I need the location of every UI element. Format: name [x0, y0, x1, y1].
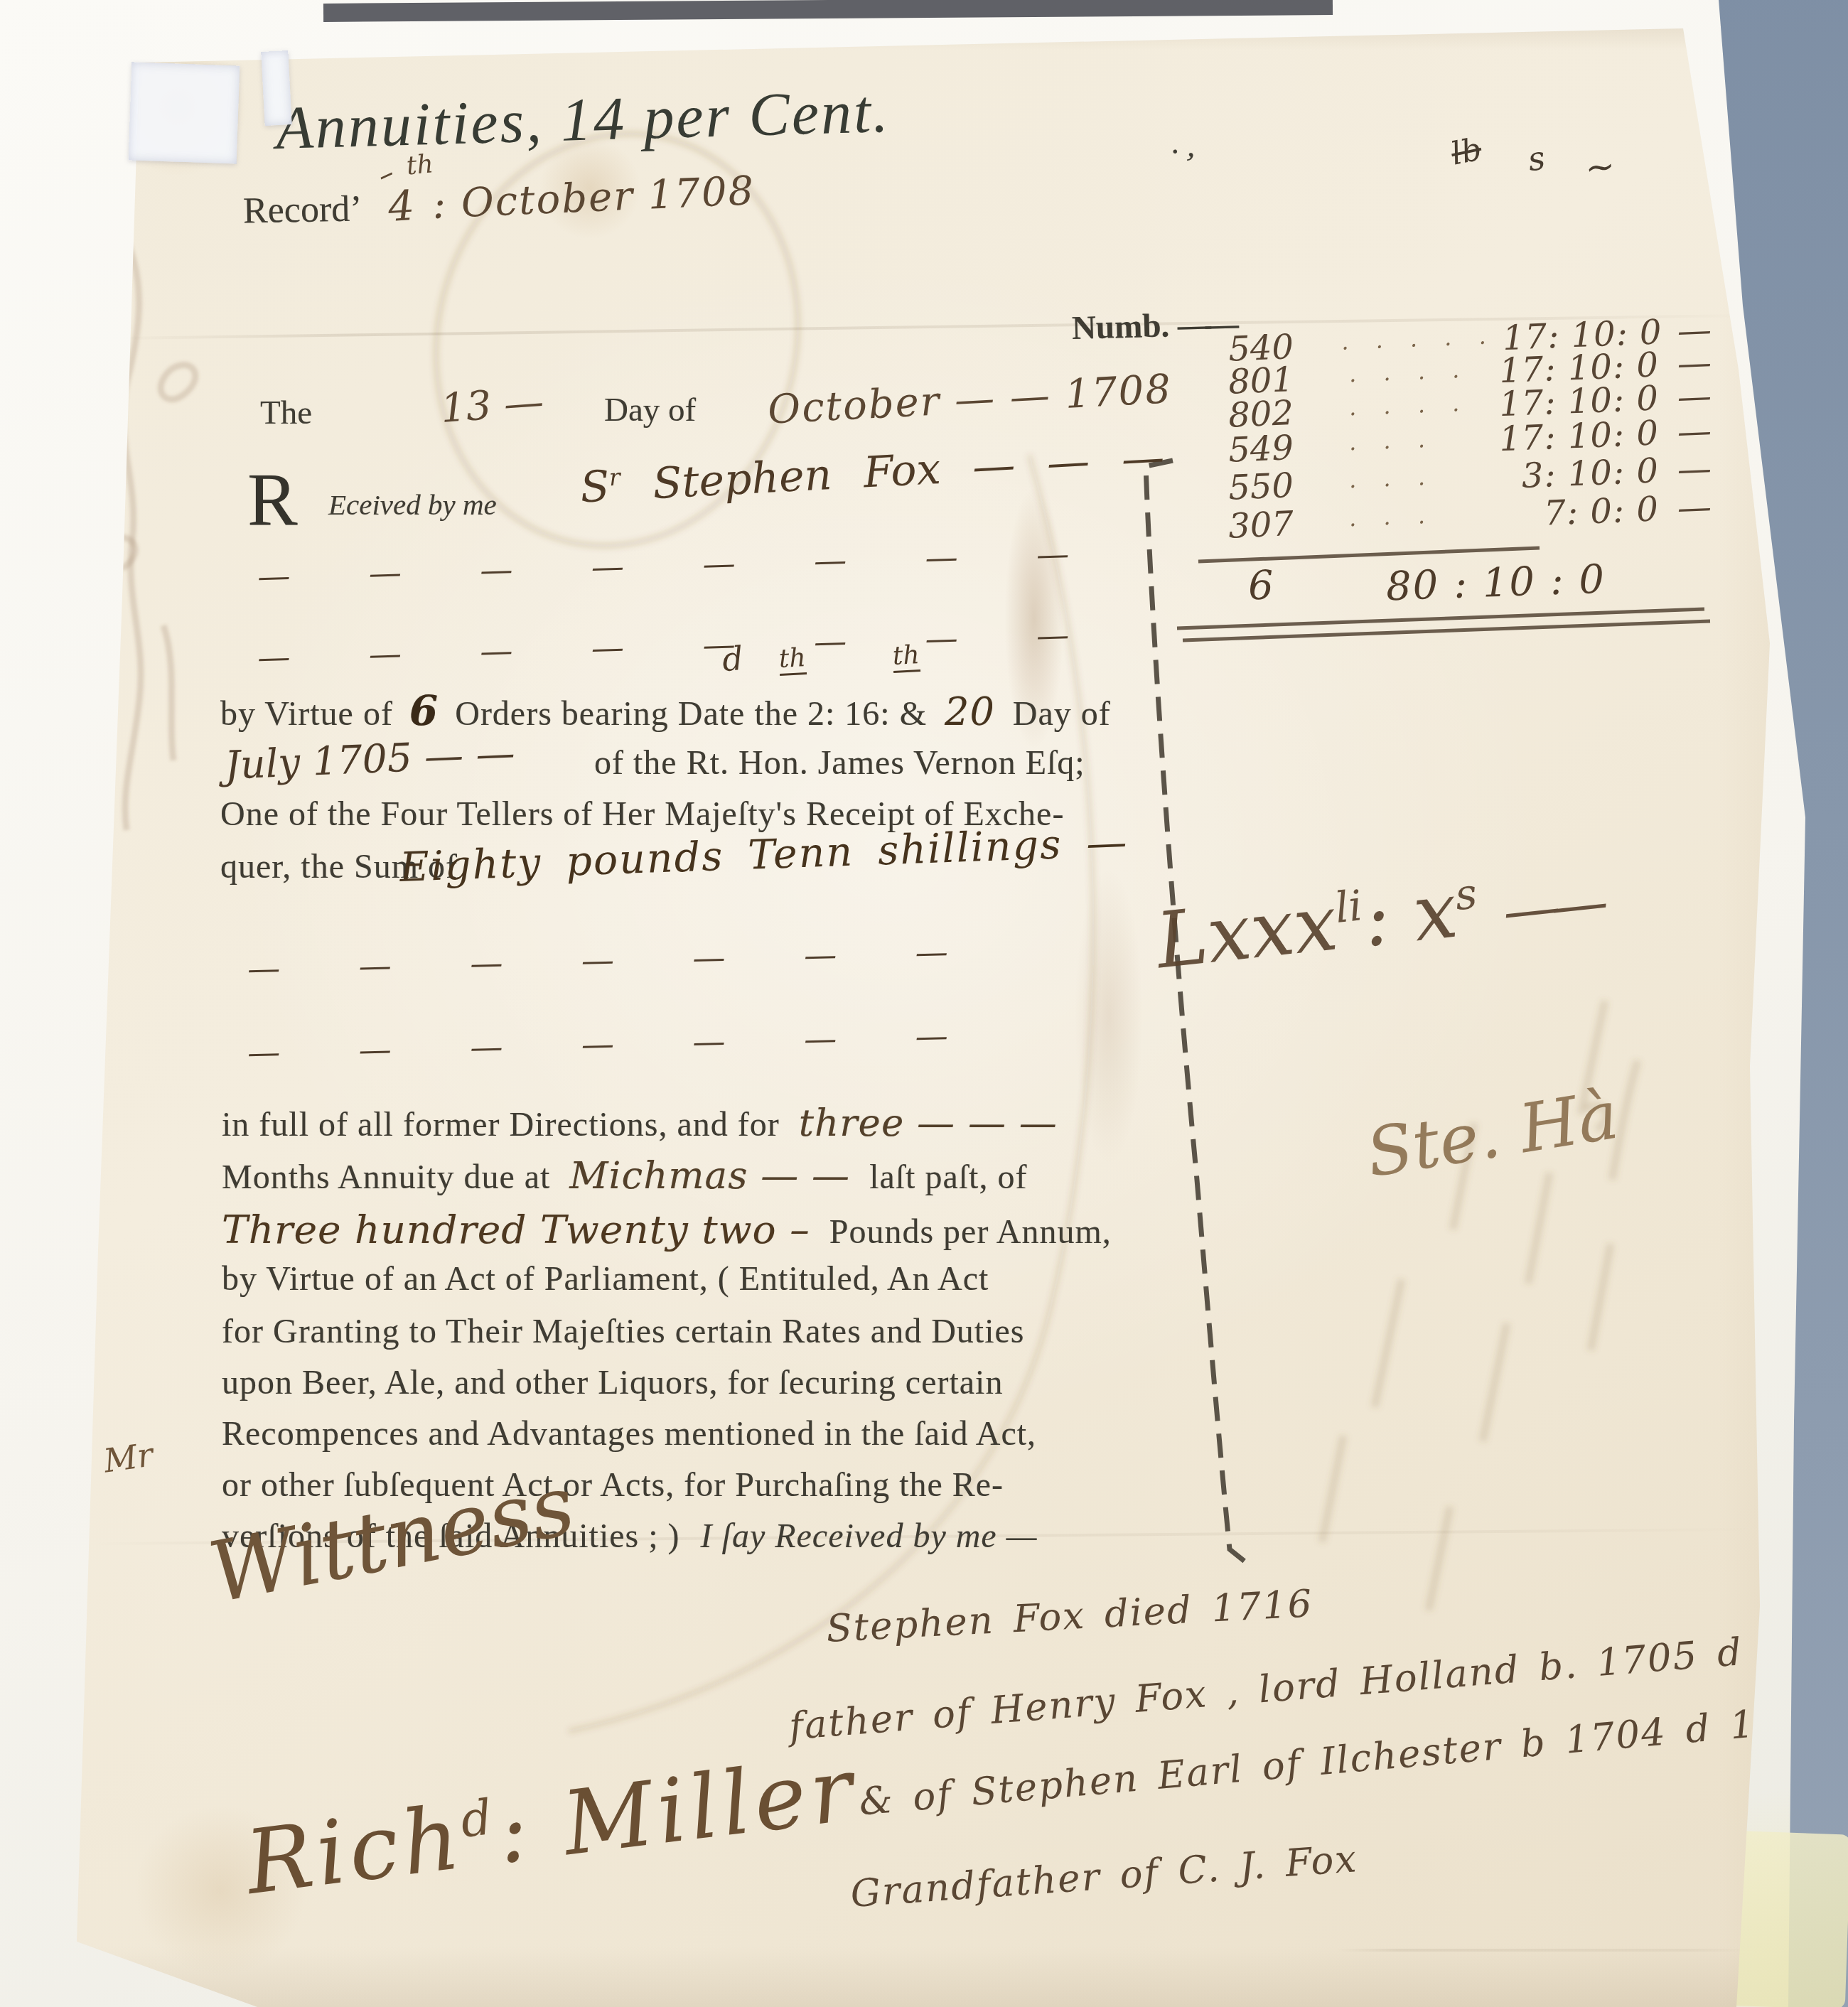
record-sup-dash: –	[372, 155, 400, 193]
virtue-l1a: by Virtue of	[220, 695, 393, 733]
leader-dots: · · ·	[1348, 496, 1482, 541]
infull-line-2: Months Annuity due at Michmas — — laſt p…	[222, 1154, 1027, 1198]
document-title: Annuities, 14 per Cent.	[275, 75, 891, 163]
payee-title: S	[579, 461, 611, 512]
table-header-label: Numb.	[1071, 307, 1169, 347]
leader-dots: · · ·	[1348, 458, 1482, 502]
row-dash: —	[1658, 448, 1712, 490]
order-number: 307	[1227, 502, 1350, 547]
table-rule	[1177, 609, 1704, 628]
roman-mid: : x	[1359, 866, 1461, 964]
photo-of-annuity-receipt: Annuities, 14 per Cent. . , Record’ 4 – …	[0, 0, 1848, 2007]
order-number: 550	[1227, 463, 1350, 508]
table-header-dash: ——	[1177, 306, 1233, 344]
infull-l2c: laſt paſt, of	[869, 1158, 1027, 1196]
virtue-line-2: of the Rt. Hon. James Vernon Eſq;	[594, 743, 1085, 782]
payee-signature-line: Sr Stephen Fox — — —	[579, 433, 1166, 513]
infull-line-1: in full of all former Directions, and fo…	[222, 1102, 1058, 1145]
pence-mark: ~	[1583, 145, 1617, 189]
payee-name: Stephen Fox — — —	[620, 433, 1166, 511]
countersign-flourish: Ste. Hà	[1362, 1077, 1623, 1193]
virtue-l1e: Day of	[1013, 695, 1111, 733]
infull-l9b: I ſay Received by me —	[701, 1517, 1038, 1555]
dateline-the: The	[260, 394, 312, 432]
infull-l3b: Pounds per Annum,	[829, 1213, 1112, 1251]
total-count: 6	[1247, 562, 1274, 609]
fold-crease	[1336, 1949, 1748, 1952]
dateline-day: 13 —	[439, 379, 545, 432]
row-dash: —	[1658, 411, 1712, 453]
roman-dash: ——	[1500, 869, 1603, 945]
dateline-dayof: Day of	[604, 391, 696, 429]
sum-roman-numerals: Lxxxli: xs ——	[1152, 851, 1603, 986]
order-day-hw: 20	[945, 689, 995, 734]
order-sup-th: th	[778, 643, 807, 676]
mounting-tape	[261, 50, 291, 126]
pounds-mark: lb	[1448, 131, 1485, 173]
infull-l2a: Months Annuity due at	[222, 1158, 550, 1196]
dash-row: — — — — — — —	[247, 932, 948, 988]
infull-l1a: in full of all former Directions, and fo…	[222, 1106, 780, 1144]
due-date-hw: Michmas — —	[569, 1154, 850, 1198]
dash-row: — — — — — — —	[247, 1016, 948, 1072]
row-dash: —	[1658, 487, 1712, 529]
infull-line-5: for Granting to Their Majeſties certain …	[222, 1312, 1024, 1351]
table-rule	[1198, 548, 1540, 561]
order-sup-th: th	[892, 640, 920, 673]
dash-row: — — — — — — — —	[257, 615, 1069, 677]
roman-sup-s: s	[1453, 869, 1480, 920]
amount: 7: 0: 0	[1481, 489, 1660, 536]
witness-mr: Mr	[102, 1435, 156, 1480]
receipt-document: Annuities, 14 per Cent. . , Record’ 4 – …	[0, 0, 1848, 2007]
infull-line-7: Recompences and Advantages mentioned in …	[222, 1414, 1036, 1453]
annotation-grandfather: Grandfather of C. J. Fox	[849, 1837, 1359, 1916]
order-sup-d: d	[721, 639, 745, 679]
table-rule	[1183, 621, 1710, 640]
record-date-rest: : October 1708	[431, 168, 756, 228]
witness-signature: Richd: Miller	[240, 1738, 862, 1915]
dateline-month-year: October — — 1708	[767, 366, 1173, 434]
infull-line-3: Three hundred Twenty two – Pounds per An…	[222, 1207, 1112, 1252]
record-sup: th	[405, 149, 434, 181]
dash-row: — — — — — — — —	[257, 534, 1069, 596]
receipt-bracket	[1146, 461, 1251, 1566]
record-label: Record’	[242, 188, 362, 232]
virtue-line-1: by Virtue of 6 Orders bearing Date the 2…	[220, 687, 1111, 735]
orders-count-hw: 6	[409, 687, 439, 735]
annotation-death: Stephen Fox died 1716	[825, 1582, 1314, 1651]
dropcap-R: R	[247, 462, 298, 537]
witness-sig-pre: Rich	[240, 1787, 469, 1915]
infull-line-6: upon Beer, Ale, and other Liquors, for ſ…	[222, 1363, 1003, 1402]
annual-sum-hw: Three hundred Twenty two –	[222, 1207, 810, 1252]
roman-main: Lxxx	[1152, 878, 1341, 986]
title-flourish: . ,	[1169, 123, 1201, 165]
table-header: Numb. ——	[1071, 305, 1233, 348]
witness-sig-post: : Miller	[492, 1738, 863, 1884]
virtue-l1c: Orders bearing Date the 2: 16: &	[455, 695, 927, 733]
months-count-hw: three — — —	[799, 1102, 1058, 1145]
mounting-tape	[129, 62, 240, 163]
infull-line-4: by Virtue of an Act of Parliament, ( Ent…	[222, 1259, 989, 1298]
total-amount: 80 : 10 : 0	[1385, 556, 1606, 610]
received-printed: Eceived by me	[328, 488, 497, 522]
shillings-mark: s	[1525, 139, 1547, 179]
order-month-hw: July 1705 — —	[224, 730, 516, 788]
